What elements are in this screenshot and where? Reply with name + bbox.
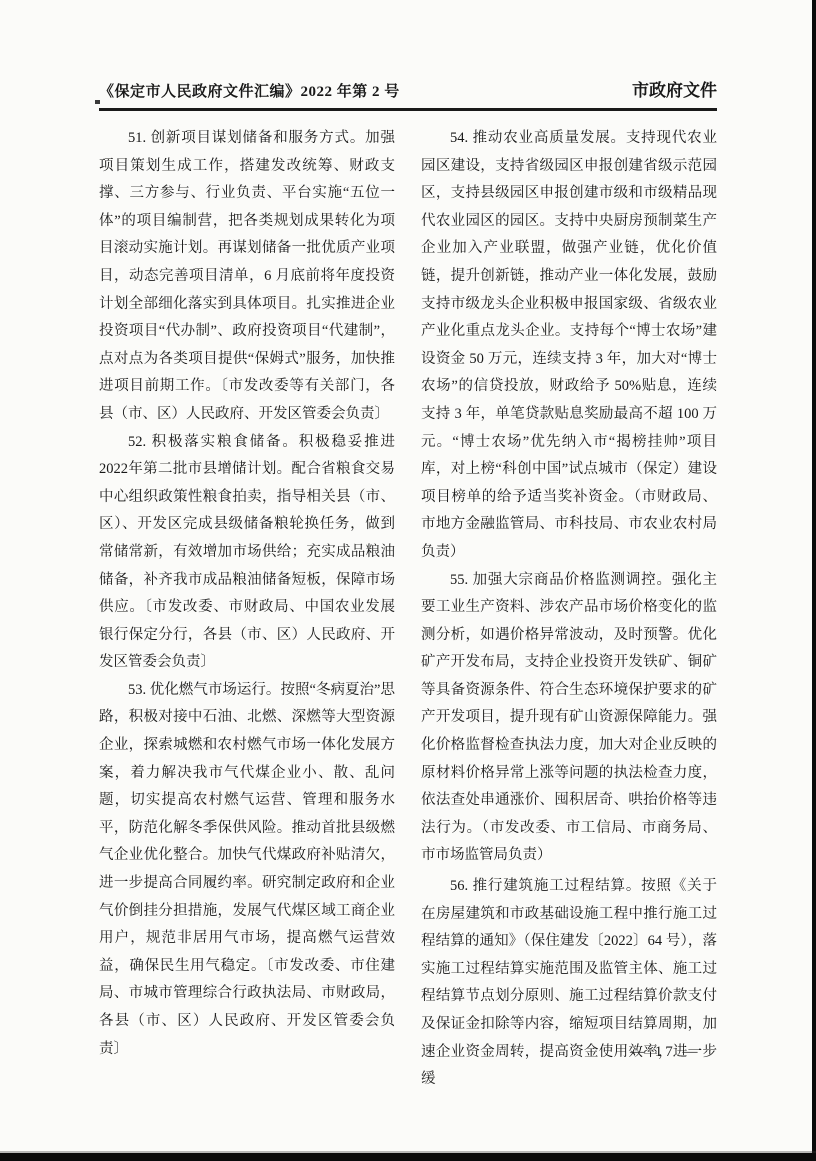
page-number: — 17 — — [630, 1044, 701, 1061]
paragraph-53: 53. 优化燃气市场运行。按照“冬病夏治”思路，积极对接中石油、北燃、深燃等大型… — [99, 677, 395, 1063]
paragraph-55: 55. 加强大宗商品价格监测调控。强化主要工业生产资料、涉农产品市场价格变化的监… — [421, 567, 717, 871]
paragraph-51: 51. 创新项目谋划储备和服务方式。加强项目策划生成工作，搭建发改统筹、财政支撑… — [99, 125, 395, 429]
paragraph-54: 54. 推动农业高质量发展。支持现代农业园区建设，支持省级园区申报创建省级示范园… — [421, 125, 717, 567]
left-column: 51. 创新项目谋划储备和服务方式。加强项目策划生成工作，搭建发改统筹、财政支撑… — [99, 125, 395, 1094]
document-category-label: 市政府文件 — [632, 76, 717, 101]
page-header: 《保定市人民政府文件汇编》2022 年第 2 号 市政府文件 — [99, 76, 717, 111]
text-columns: 51. 创新项目谋划储备和服务方式。加强项目策划生成工作，搭建发改统筹、财政支撑… — [99, 125, 717, 1094]
document-page: 《保定市人民政府文件汇编》2022 年第 2 号 市政府文件 51. 创新项目谋… — [0, 0, 816, 1161]
compilation-title: 《保定市人民政府文件汇编》2022 年第 2 号 — [99, 80, 400, 101]
scan-edge-bottom — [0, 1153, 816, 1161]
paragraph-52: 52. 积极落实粮食储备。积极稳妥推进2022年第二批市县增储计划。配合省粮食交… — [99, 429, 395, 677]
scan-edge-right — [812, 0, 816, 1161]
scan-speck — [95, 100, 100, 104]
right-column: 54. 推动农业高质量发展。支持现代农业园区建设，支持省级园区申报创建省级示范园… — [421, 125, 717, 1094]
page-content: 《保定市人民政府文件汇编》2022 年第 2 号 市政府文件 51. 创新项目谋… — [99, 76, 717, 1094]
